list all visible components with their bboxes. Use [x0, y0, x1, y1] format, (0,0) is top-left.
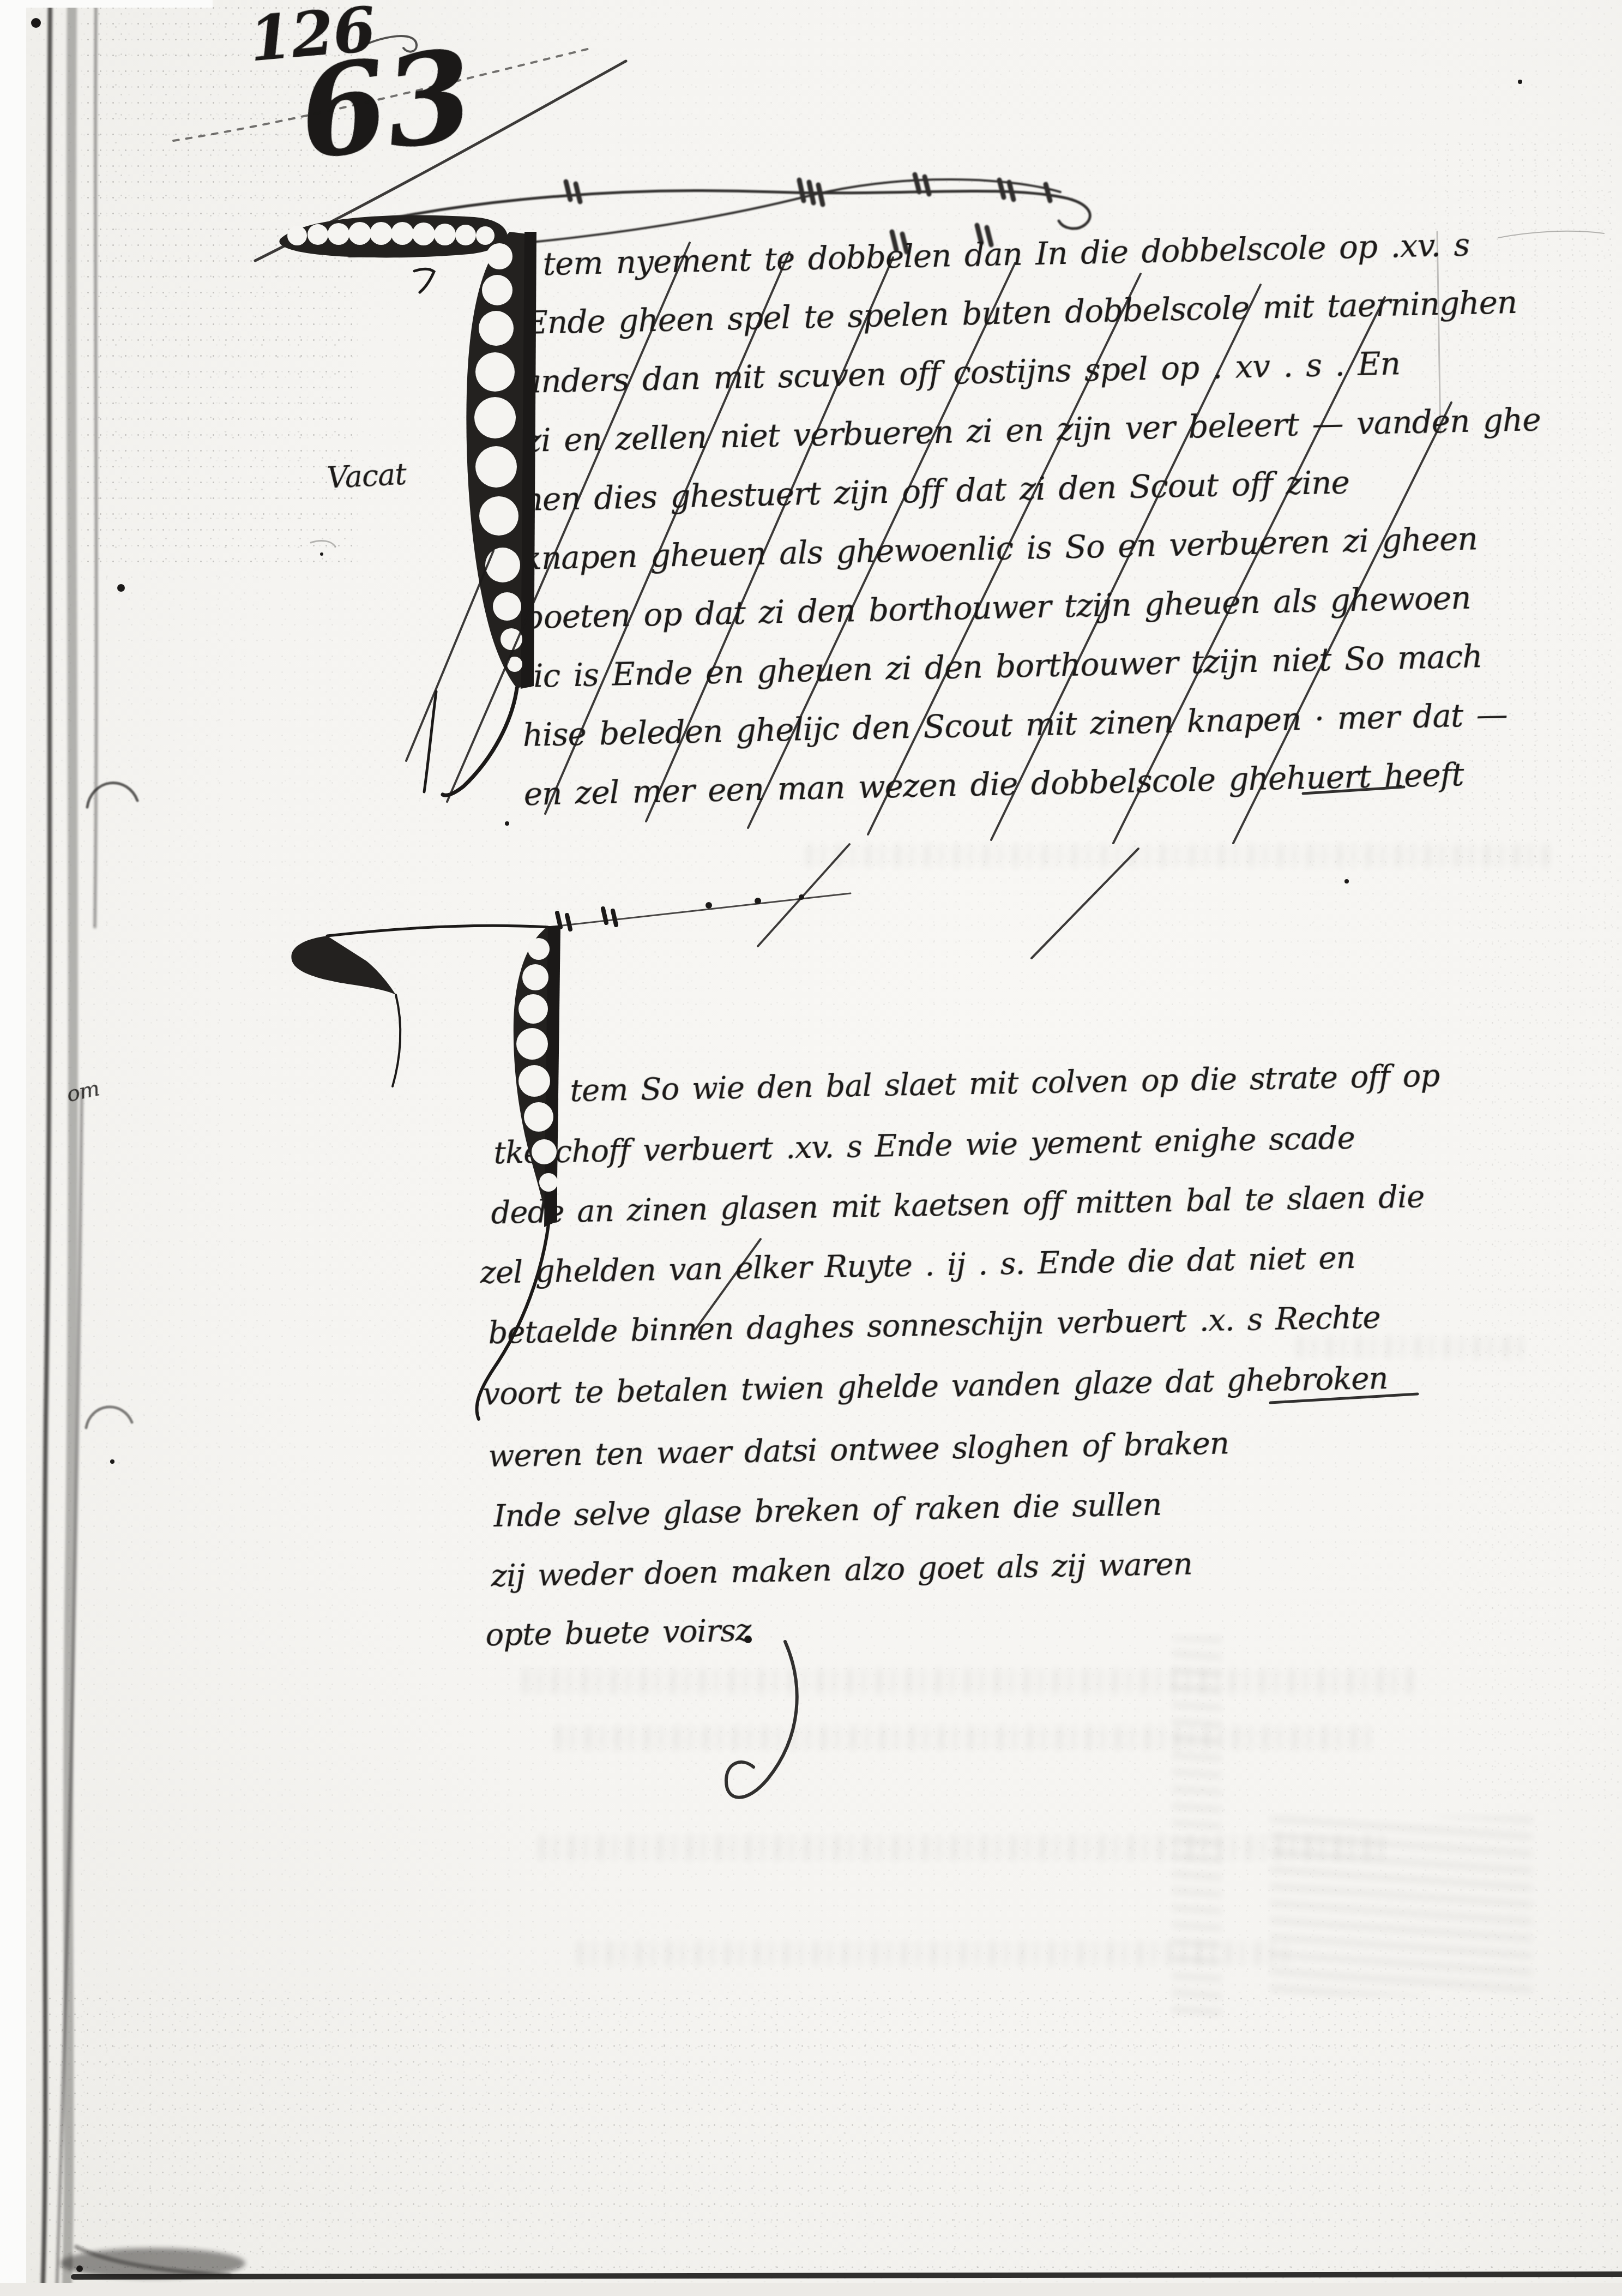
ghost-text-band — [807, 844, 1548, 867]
manuscript-line: tem So wie den bal slaet mit colven op d… — [570, 1058, 1440, 1109]
manuscript-line: nen dies ghestuert zijn off dat zi den S… — [522, 464, 1350, 518]
line-end-flourishes — [726, 787, 1418, 1798]
punch-hole-shadows — [86, 783, 137, 1428]
ghost-text-band — [578, 1942, 1287, 1966]
manuscript-line: Inde selve glase breken of raken die sul… — [493, 1487, 1162, 1534]
margin-note-vacat: Vacat — [326, 456, 407, 495]
manuscript-page-scan: 126 63 Vacat om I I tem nyement te dobbe… — [0, 0, 1622, 2296]
manuscript-line: weren ten waer datsi ontwee sloghen of b… — [488, 1426, 1229, 1474]
manuscript-line: betaelde binnen daghes sonneschijn verbu… — [488, 1300, 1380, 1351]
ghost-text-band — [556, 1726, 1374, 1750]
manuscript-line: boeten op dat zi den borthouwer tzijn gh… — [523, 579, 1471, 636]
ghost-text-band — [1298, 1336, 1527, 1358]
ghost-text-band — [523, 1669, 1418, 1694]
manuscript-line: voort te betalen twien ghelde vanden gla… — [483, 1361, 1388, 1412]
ghost-text-band — [540, 1835, 1390, 1860]
manuscript-line: zi en zellen niet verbueren zi en zijn v… — [524, 401, 1541, 459]
paper-noise-bottom — [44, 1991, 1622, 2280]
manuscript-line: zij weder doen maken alzo goet als zij w… — [491, 1547, 1192, 1594]
manuscript-line: anders dan mit scuven off costijns spel … — [522, 345, 1401, 400]
spine-fold-lines — [43, 0, 97, 2296]
manuscript-line: dede an zinen glasen mit kaetsen off mit… — [491, 1179, 1425, 1231]
manuscript-line: en zel mer een man wezen die dobbelscole… — [523, 756, 1464, 813]
decorated-initial-1-letter: I — [0, 0, 1, 1]
manuscript-line: lic is Ende en gheuen zi den borthouwer … — [523, 638, 1482, 695]
manuscript-line: zel ghelden van elker Ruyte . ij . s. En… — [480, 1240, 1355, 1291]
ghost-streak — [1270, 1816, 1532, 1996]
decorated-initial-1 — [279, 215, 536, 795]
ghost-streak — [1172, 1636, 1221, 2018]
margin-quire-mark: om — [64, 1076, 101, 1107]
manuscript-line: Ende gheen spel te spelen buten dobbelsc… — [524, 284, 1517, 341]
manuscript-line: opte buete voirsz — [485, 1613, 751, 1653]
scan-top-margin — [0, 0, 213, 8]
scan-left-margin — [0, 0, 26, 2296]
decorated-initial-2-letter: I — [0, 0, 1, 1]
scan-bottom-margin — [0, 2283, 1622, 2296]
paper-noise-right-lower — [1461, 873, 1622, 1800]
page-bottom-edge — [60, 2247, 1622, 2279]
folio-number-new: 63 — [292, 22, 480, 188]
manuscript-line: knapen gheuen als ghewoenlic is So en ve… — [522, 520, 1478, 577]
manuscript-line: tkerchoff verbuert .xv. s Ende wie yemen… — [493, 1120, 1355, 1171]
manuscript-line: hise beleden ghelijc den Scout mit zinen… — [522, 696, 1508, 754]
manuscript-line: tem nyement te dobbelen dan In die dobbe… — [542, 226, 1470, 283]
